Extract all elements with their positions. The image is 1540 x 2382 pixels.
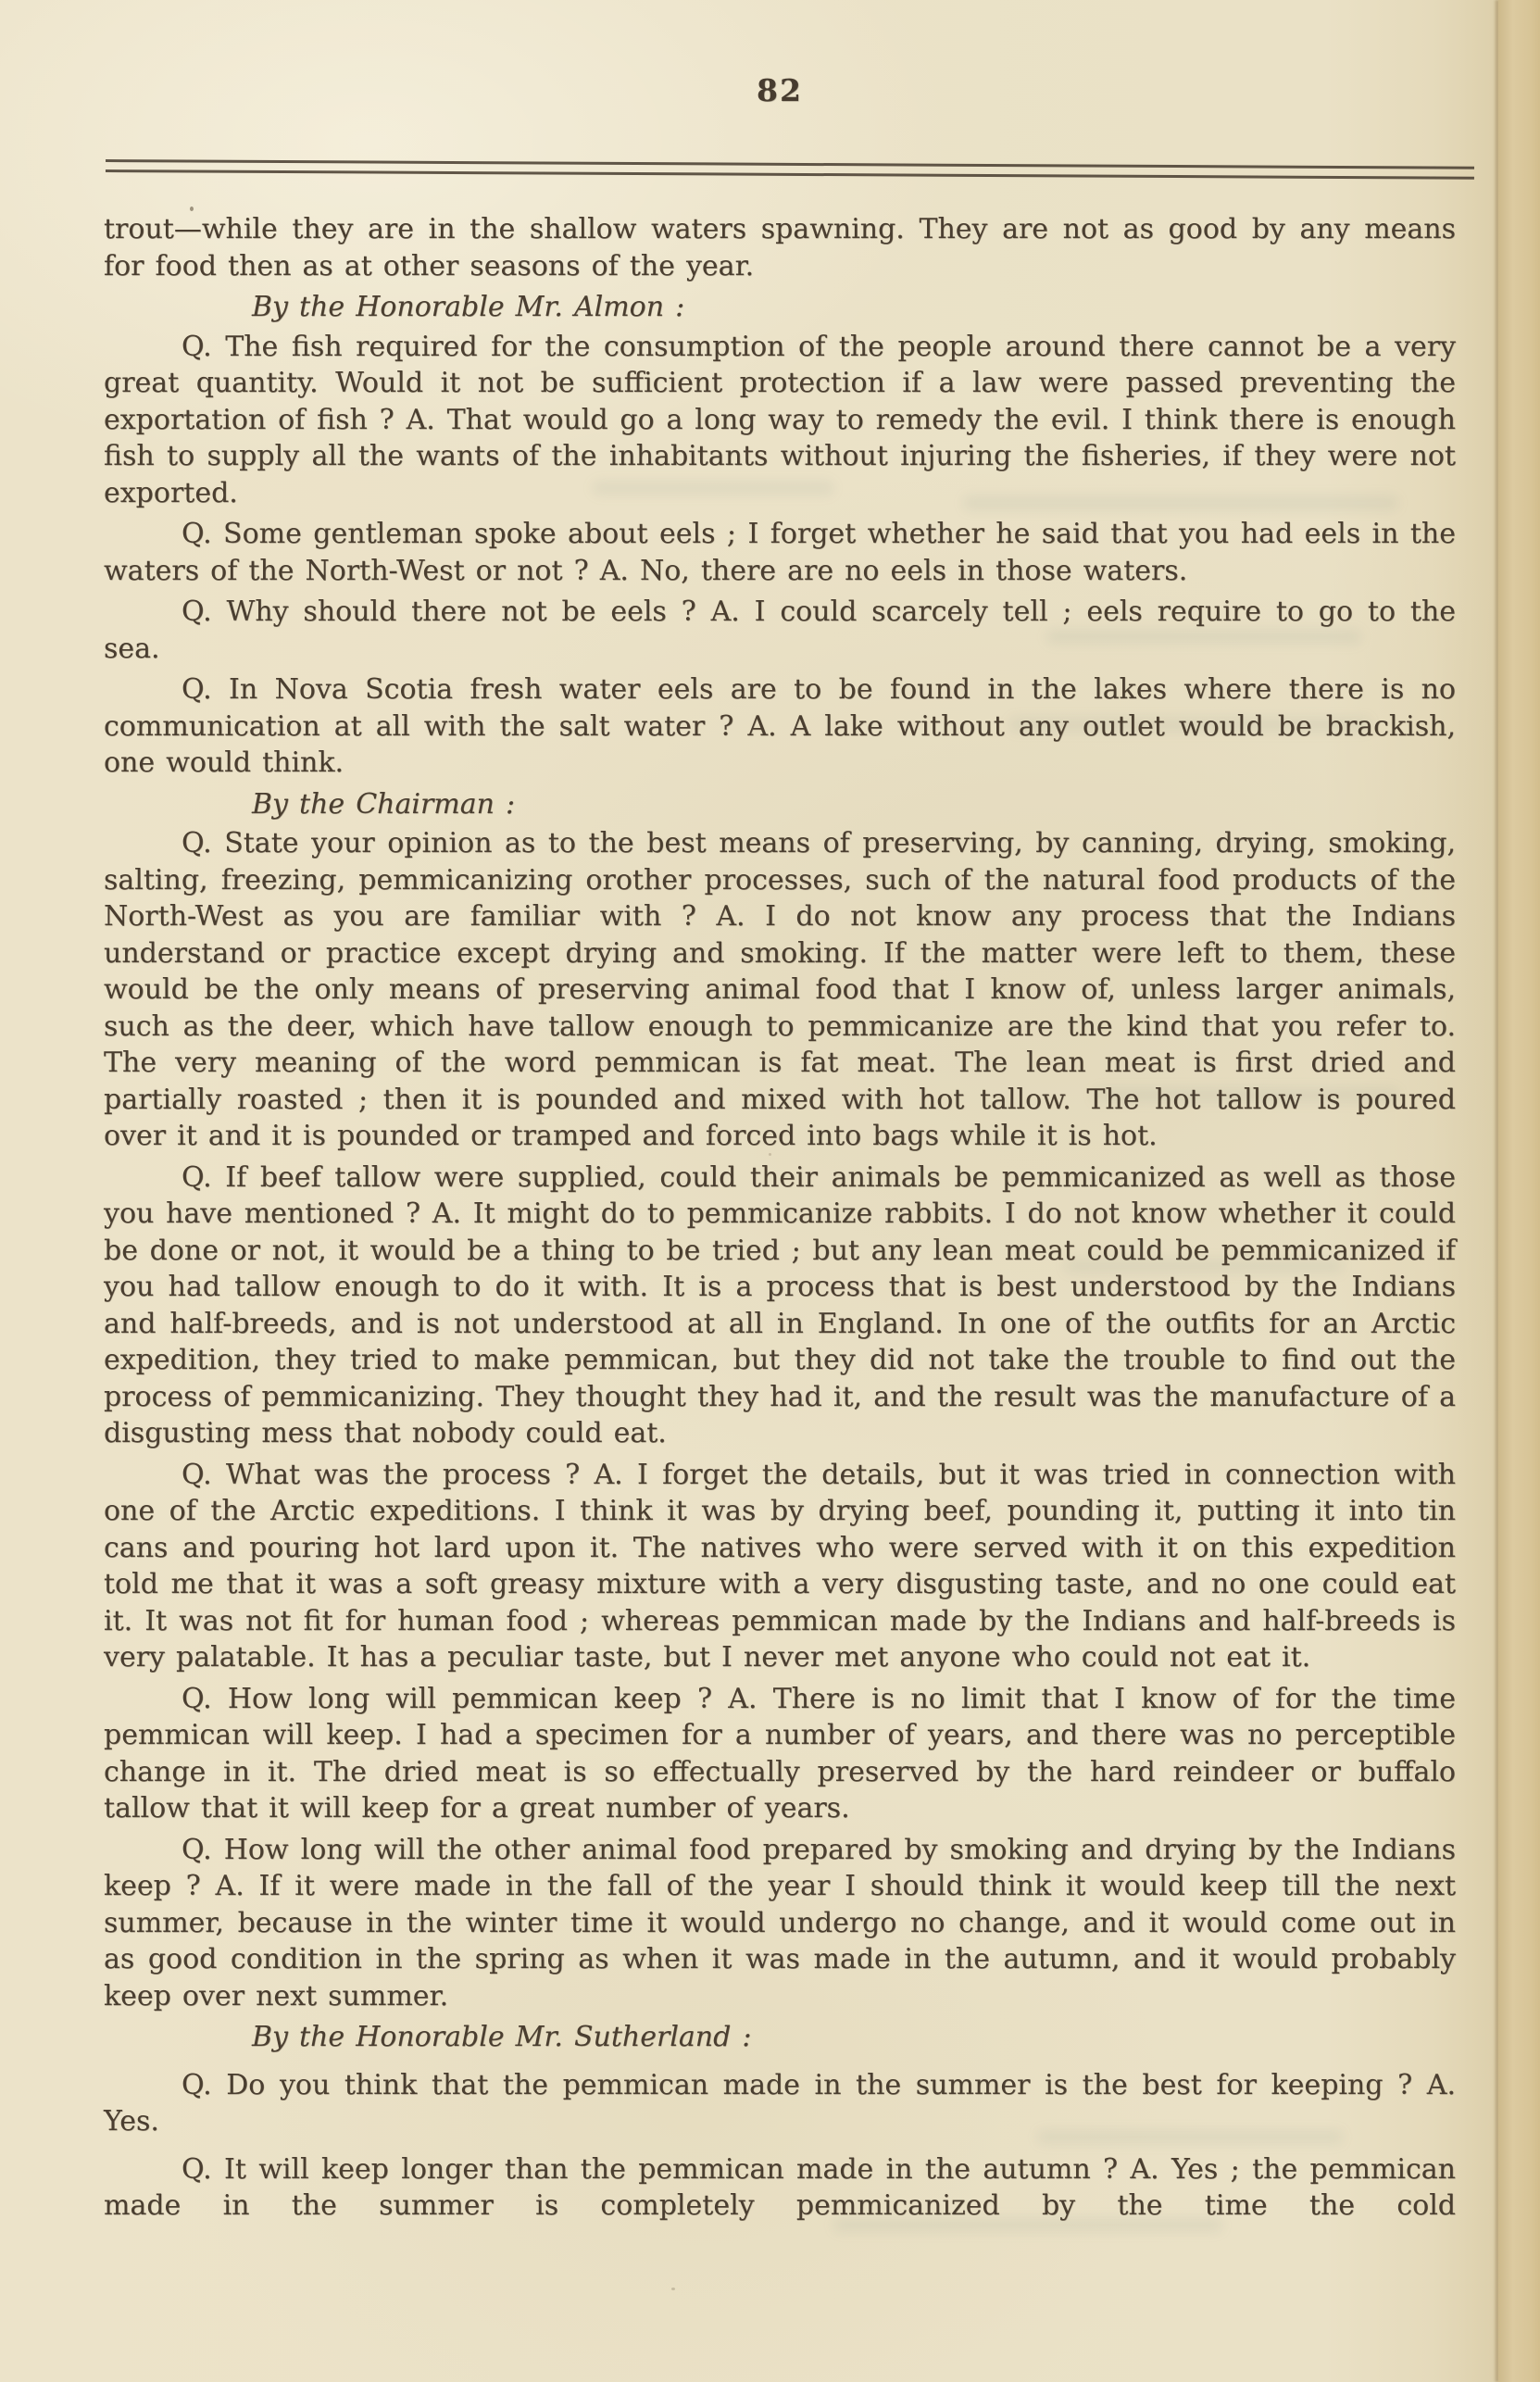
qa-paragraph: Q. It will keep longer than the pemmican… <box>104 2151 1456 2225</box>
body-paragraph: trout—while they are in the shallow wate… <box>104 211 1456 284</box>
page-edge-band <box>1498 0 1540 2382</box>
qa-paragraph: Q. State your opinion as to the best mea… <box>104 825 1456 1155</box>
paper-speck <box>671 2288 675 2290</box>
qa-paragraph: Q. Some gentleman spoke about eels ; I f… <box>104 516 1456 589</box>
qa-paragraph: Q. The fish required for the consumption… <box>104 329 1456 512</box>
qa-paragraph: Q. How long will the other animal food p… <box>104 1832 1456 2015</box>
speaker-heading: By the Honorable Mr. Almon : <box>104 289 1456 326</box>
header-double-rule <box>106 159 1474 180</box>
scanned-book-page: 82 trout—while they are in the shallow w… <box>0 0 1540 2382</box>
page-number: 82 <box>104 72 1456 108</box>
qa-paragraph: Q. In Nova Scotia fresh water eels are t… <box>104 671 1456 782</box>
qa-paragraph: Q. If beef tallow were supplied, could t… <box>104 1160 1456 1452</box>
qa-paragraph: Q. Why should there not be eels ? A. I c… <box>104 594 1456 667</box>
page-text-block: trout—while they are in the shallow wate… <box>104 211 1456 2229</box>
speaker-heading: By the Honorable Mr. Sutherland : <box>104 2019 1456 2056</box>
qa-paragraph: Q. What was the process ? A. I forget th… <box>104 1457 1456 1676</box>
speaker-heading: By the Chairman : <box>104 786 1456 823</box>
qa-paragraph: Q. How long will pemmican keep ? A. Ther… <box>104 1681 1456 1827</box>
qa-paragraph: Q. Do you think that the pemmican made i… <box>104 2067 1456 2140</box>
